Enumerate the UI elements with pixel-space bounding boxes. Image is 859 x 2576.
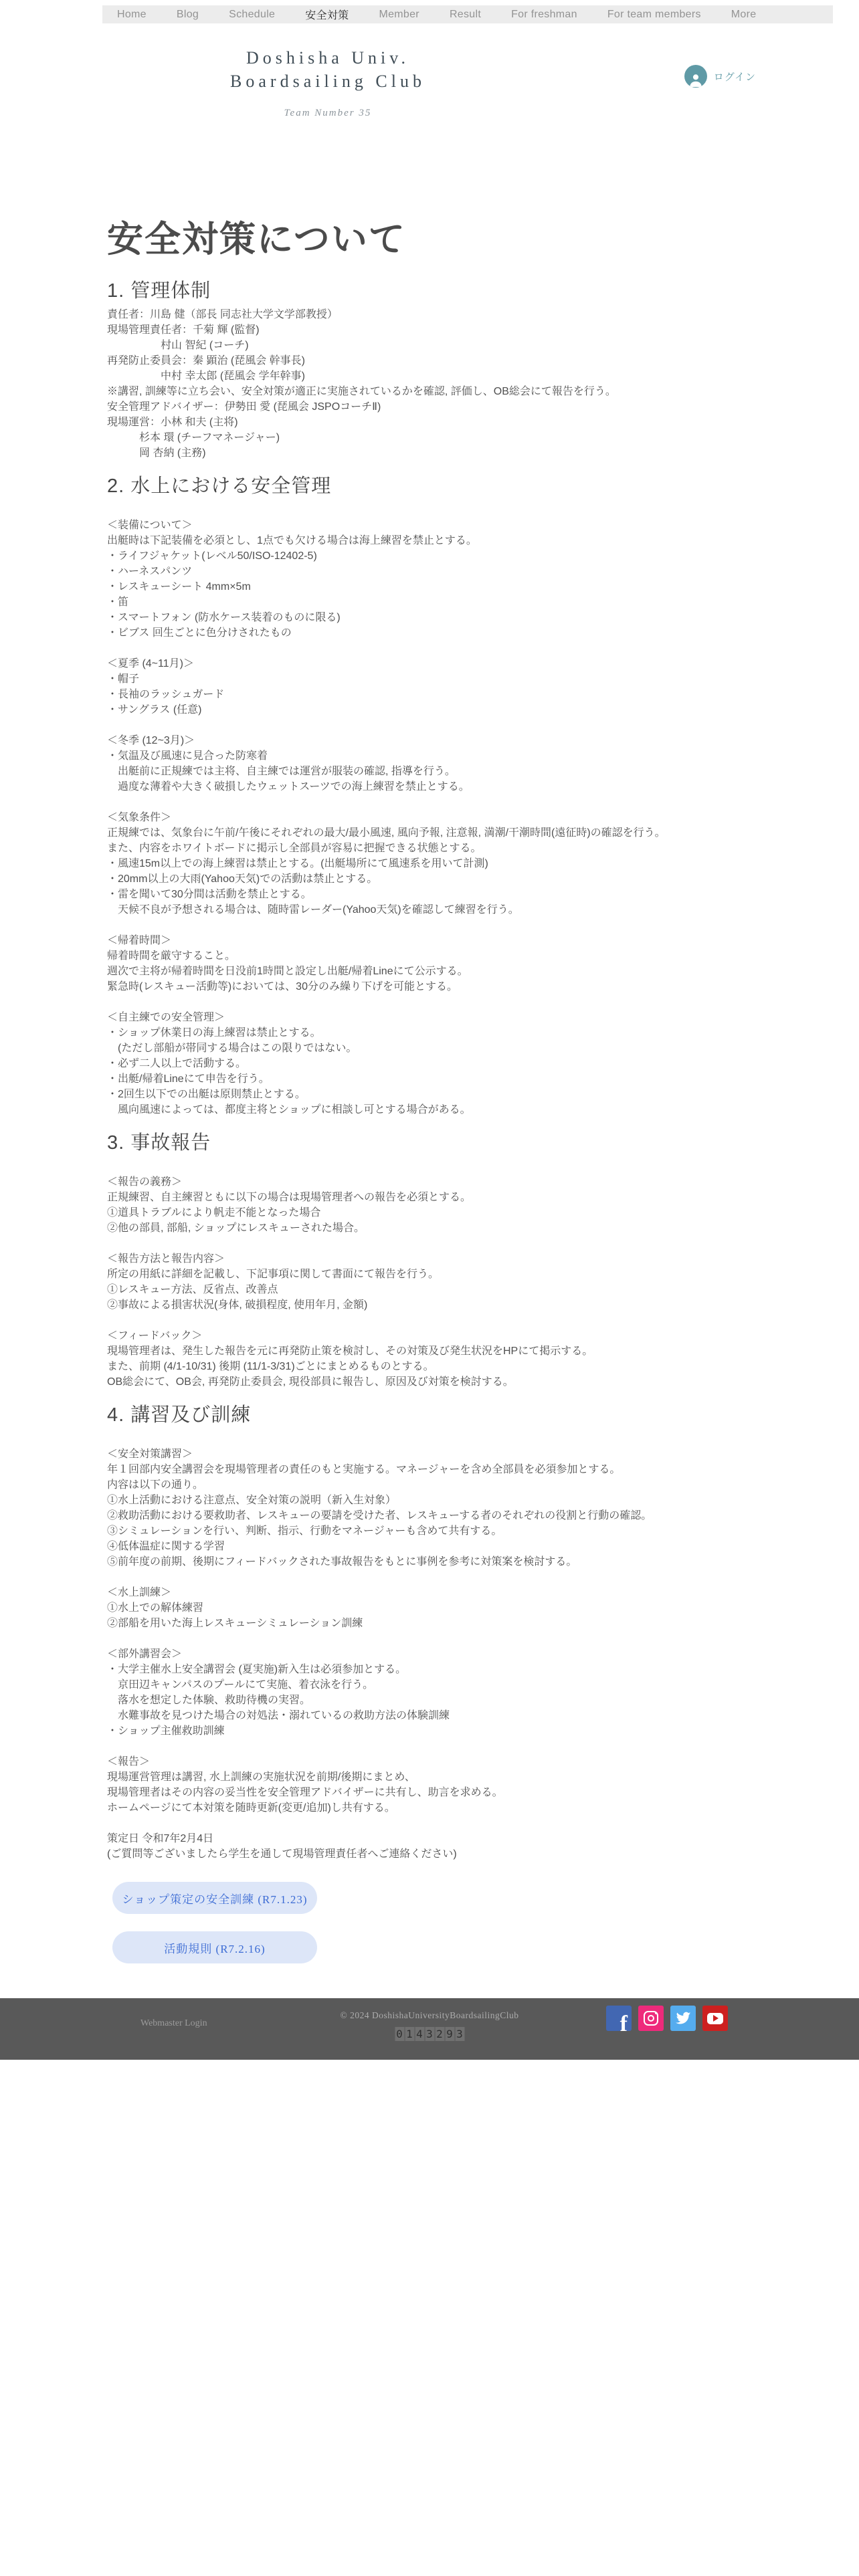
text-line: ・ライフジャケット(レベル50/ISO-12402-5) <box>107 548 779 564</box>
text-line: ・気温及び風速に見合った防寒着 <box>107 748 779 764</box>
text-line: ・ビブス 回生ごとに色分けされたもの <box>107 625 779 641</box>
blank-line <box>107 1313 779 1328</box>
login-button[interactable]: ログイン <box>684 65 756 88</box>
text-line: 現場管理者は、発生した報告を元に再発防止策を検討し、その対策及び発生状況をHPに… <box>107 1344 779 1359</box>
text-line: ・雷を聞いて30分間は活動を禁止とする。 <box>107 887 779 902</box>
section-heading-management: 1. 管理体制 <box>107 279 779 303</box>
blank-line <box>107 1236 779 1251</box>
text-line: 現場管理者はその内容の妥当性を安全管理アドバイザーに共有し、助言を求める。 <box>107 1785 779 1800</box>
section-on-water-safety: 2. 水上における安全管理 ＜装備について＞出艇時は下記装備を必須とし、1点でも… <box>107 474 779 1117</box>
nav-item-result[interactable]: Result <box>450 9 481 21</box>
text-line: ・笛 <box>107 595 779 610</box>
text-line: ・長袖のラッシュガード <box>107 687 779 702</box>
user-avatar-icon <box>684 65 707 88</box>
counter-digit: 3 <box>455 2027 464 2041</box>
text-line: 安全管理アドバイザー：伊勢田 愛 (琵風会 JSPOコーチⅡ) <box>107 399 779 415</box>
counter-digit: 3 <box>425 2027 434 2041</box>
instagram-lens <box>648 2015 654 2022</box>
text-line: ⑤前年度の前期、後期にフィードバックされた事故報告をもとに事例を参考に対策案を検… <box>107 1554 779 1570</box>
blank-line <box>107 994 779 1010</box>
text-line: 内容は以下の通り。 <box>107 1477 779 1493</box>
text-line: ＜気象条件＞ <box>107 810 779 825</box>
text-line: 岡 杏納 (主務) <box>107 445 779 461</box>
text-line: ＜部外講習会＞ <box>107 1646 779 1662</box>
document-buttons: ショップ策定の安全訓練 (R7.1.23)活動規則 (R7.2.16) <box>107 1882 779 1963</box>
footer: Webmaster Login © 2024 DoshishaUniversit… <box>0 1998 859 2060</box>
site-title[interactable]: Doshisha Univ. Boardsailing Club Team Nu… <box>107 46 549 119</box>
blank-line <box>107 794 779 810</box>
text-line: 出艇時は下記装備を必須とし、1点でも欠ける場合は海上練習を禁止とする。 <box>107 533 779 548</box>
text-line: 週次で主将が帰着時間を日没前1時間と設定し出艇/帰着Lineにて公示する。 <box>107 964 779 979</box>
text-line: 京田辺キャンパスのプールにて実施、着衣泳を行う。 <box>107 1677 779 1693</box>
copyright: © 2024 DoshishaUniversityBoardsailingClu… <box>341 2010 519 2021</box>
blank-line <box>107 718 779 733</box>
text-line: OB総会にて、OB会, 再発防止委員会, 現役部員に報告し、原因及び対策を検討す… <box>107 1374 779 1390</box>
text-line: 過度な薄着や大きく破損したウェットスーツでの海上練習を禁止とする。 <box>107 779 779 794</box>
counter-digit: 4 <box>415 2027 424 2041</box>
text-line: ＜報告方法と報告内容＞ <box>107 1251 779 1267</box>
webmaster-login-link[interactable]: Webmaster Login <box>140 2018 207 2029</box>
text-line: また、内容をホワイトボードに掲示し全部員が容易に把握できる状態とする。 <box>107 841 779 856</box>
blank-line <box>107 641 779 656</box>
text-line: 責任者：川島 健（部長 同志社大学文学部教授） <box>107 307 779 322</box>
text-line: 杉本 環 (チーフマネージャー) <box>107 430 779 445</box>
text-line: 正規練では、気象台に午前/午後にそれぞれの最大/最小風速, 風向予報, 注意報,… <box>107 825 779 841</box>
text-line: ＜フィードバック＞ <box>107 1328 779 1344</box>
activity-rules-button[interactable]: 活動規則 (R7.2.16) <box>112 1931 317 1963</box>
text-line: 落水を想定した体験、救助待機の実習。 <box>107 1693 779 1708</box>
instagram-dot <box>655 2012 657 2014</box>
blank-line <box>107 1816 779 1831</box>
text-line: (ただし部船が帯同する場合はこの限りではない。 <box>107 1041 779 1056</box>
text-line: ①レスキュー方法、反省点、改善点 <box>107 1282 779 1297</box>
nav-item-member[interactable]: Member <box>379 9 419 21</box>
bottom-whitespace <box>0 2060 859 2531</box>
text-line: 緊急時(レスキュー活動等)においては、30分のみ繰り下げを可能とする。 <box>107 979 779 994</box>
text-line: ＜報告の義務＞ <box>107 1174 779 1190</box>
counter-digit: 2 <box>435 2027 444 2041</box>
text-line: ＜装備について＞ <box>107 518 779 533</box>
text-line: 策定日 令和7年2月4日 <box>107 1831 779 1846</box>
text-line: ＜水上訓練＞ <box>107 1585 779 1600</box>
section-heading-training: 4. 講習及び訓練 <box>107 1403 779 1427</box>
text-line: ・2回生以下での出艇は原則禁止とする。 <box>107 1087 779 1102</box>
page-title: 安全対策について <box>107 219 779 260</box>
text-line: ①水上活動における注意点、安全対策の説明（新入生対象） <box>107 1493 779 1508</box>
text-line: ＜安全対策講習＞ <box>107 1446 779 1462</box>
text-line: ・ショップ主催救助訓練 <box>107 1723 779 1739</box>
text-line: ホームページにて本対策を随時更新(変更/追加)し共有する。 <box>107 1800 779 1816</box>
text-line: 風向風速によっては、都度主将とショップに相談し可とする場合がある。 <box>107 1102 779 1117</box>
blank-line <box>107 1431 779 1446</box>
text-line: 所定の用紙に詳細を記載し、下記事項に関して書面にて報告を行う。 <box>107 1267 779 1282</box>
text-line: ・必ず二人以上で活動する。 <box>107 1056 779 1071</box>
text-line: ・出艇/帰着Lineにて申告を行う。 <box>107 1071 779 1087</box>
section-management: 1. 管理体制責任者：川島 健（部長 同志社大学文学部教授）現場管理責任者：千菊… <box>107 279 779 461</box>
text-line: ・20mm以上の大雨(Yahoo天気)での活動は禁止とする。 <box>107 871 779 887</box>
text-line: ・スマートフォン (防水ケース装着のものに限る) <box>107 610 779 625</box>
twitter-bird-glyph <box>675 2010 691 2026</box>
nav-item-for-team-members[interactable]: For team members <box>607 9 701 21</box>
site-title-line2: Boardsailing Club <box>107 70 549 93</box>
facebook-icon[interactable]: f <box>606 2006 632 2031</box>
blank-line <box>107 1570 779 1585</box>
section-heading-accident-report: 3. 事故報告 <box>107 1131 779 1155</box>
text-line: ＜夏季 (4~11月)＞ <box>107 656 779 671</box>
site-title-line1: Doshisha Univ. <box>107 46 549 70</box>
text-line: (ご質問等ございましたら学生を通して現場管理責任者へご連絡ください) <box>107 1846 779 1862</box>
nav-item-schedule[interactable]: Schedule <box>229 9 275 21</box>
text-line: ②部船を用いた海上レスキューシミュレーション訓練 <box>107 1616 779 1631</box>
instagram-icon[interactable] <box>638 2006 664 2031</box>
sections-container: 1. 管理体制責任者：川島 健（部長 同志社大学文学部教授）現場管理責任者：千菊… <box>107 279 779 1862</box>
text-line: 現場運営：小林 和夫 (主将) <box>107 415 779 430</box>
blank-line <box>107 918 779 933</box>
nav-item-blog[interactable]: Blog <box>177 9 199 21</box>
nav-item-more[interactable]: More <box>731 9 757 21</box>
text-line: ②事故による損害状況(身体, 破損程度, 使用年月, 金額) <box>107 1297 779 1313</box>
text-line: 中村 幸太郎 (琵風会 学年幹事) <box>107 368 779 384</box>
text-line: 現場運営管理は講習, 水上訓練の実施状況を前期/後期にまとめ、 <box>107 1769 779 1785</box>
main-content: 安全対策について 1. 管理体制責任者：川島 健（部長 同志社大学文学部教授）現… <box>0 219 859 1963</box>
login-label: ログイン <box>714 70 756 84</box>
text-line: ②他の部員, 部船, ショップにレスキューされた場合。 <box>107 1220 779 1236</box>
text-line: ②救助活動における要救助者、レスキューの要請を受けた者、レスキューする者のそれぞ… <box>107 1508 779 1523</box>
text-line: ①道具トラブルにより帆走不能となった場合 <box>107 1205 779 1220</box>
top-nav: HomeBlogSchedule安全対策MemberResultFor fres… <box>102 5 833 23</box>
youtube-lens <box>707 2013 723 2024</box>
twitter-icon[interactable] <box>670 2006 696 2031</box>
text-line: ④低体温症に関する学習 <box>107 1539 779 1554</box>
nav-item-safety[interactable]: 安全対策 <box>305 7 349 22</box>
shop-safety-training-button[interactable]: ショップ策定の安全訓練 (R7.1.23) <box>112 1882 317 1914</box>
footer-center: © 2024 DoshishaUniversityBoardsailingClu… <box>341 2010 519 2041</box>
counter-digit: 1 <box>405 2027 414 2041</box>
section-heading-on-water-safety: 2. 水上における安全管理 <box>107 474 779 498</box>
text-line: 現場管理責任者：千菊 輝 (監督) <box>107 322 779 338</box>
text-line: 再発防止委員会：秦 顕治 (琵風会 幹事長) <box>107 353 779 368</box>
text-line: ・帽子 <box>107 671 779 687</box>
team-number: Team Number 35 <box>107 108 549 119</box>
text-line: ＜自主練での安全管理＞ <box>107 1010 779 1025</box>
text-line: ※講習, 訓練等に立ち会い、安全対策が適正に実施されているかを確認, 評価し、O… <box>107 384 779 399</box>
facebook-f-glyph: f <box>620 2013 628 2031</box>
text-line: ・風速15m以上での海上練習は禁止とする。(出艇場所にて風速系を用いて計測) <box>107 856 779 871</box>
text-line: 出艇前に正規練では主将、自主練では運営が服装の確認, 指導を行う。 <box>107 764 779 779</box>
blank-line <box>107 1159 779 1174</box>
text-line: ・サングラス (任意) <box>107 702 779 718</box>
counter-digit: 9 <box>445 2027 454 2041</box>
blank-line <box>107 1739 779 1754</box>
section-accident-report: 3. 事故報告 ＜報告の義務＞正規練習、自主練習ともに以下の場合は現場管理者への… <box>107 1131 779 1390</box>
text-line: また、前期 (4/1-10/31) 後期 (11/1-3/31)ごとにまとめるも… <box>107 1359 779 1374</box>
blank-line <box>107 502 779 518</box>
text-line: 年１回部内安全講習会を現場管理者の責任のもと実施する。マネージャーを含め全部員を… <box>107 1462 779 1477</box>
counter-digit: 0 <box>395 2027 404 2041</box>
text-line: 帰着時間を厳守すること。 <box>107 948 779 964</box>
youtube-play-glyph <box>713 2015 719 2022</box>
social-links: f <box>606 2006 728 2031</box>
youtube-icon[interactable] <box>702 2006 728 2031</box>
visitor-counter: 0143293 <box>341 2027 519 2041</box>
text-line: 正規練習、自主練習ともに以下の場合は現場管理者への報告を必須とする。 <box>107 1190 779 1205</box>
site-header: Doshisha Univ. Boardsailing Club Team Nu… <box>0 23 859 130</box>
text-line: 村山 智紀 (コーチ) <box>107 338 779 353</box>
text-line: ③シミュレーションを行い、判断、指示、行動をマネージャーも含めて共有する。 <box>107 1523 779 1539</box>
text-line: ・ハーネスパンツ <box>107 564 779 579</box>
text-line: ・大学主催水上安全講習会 (夏実施)新入生は必須参加とする。 <box>107 1662 779 1677</box>
text-line: 水難事故を見つけた場合の対処法・溺れているの救助方法の体験訓練 <box>107 1708 779 1723</box>
text-line: 天候不良が予想される場合は、随時雷レーダー(Yahoo天気)を確認して練習を行う… <box>107 902 779 918</box>
blank-line <box>107 1631 779 1646</box>
nav-item-home[interactable]: Home <box>117 9 147 21</box>
text-line: ＜帰着時間＞ <box>107 933 779 948</box>
text-line: ＜冬季 (12~3月)＞ <box>107 733 779 748</box>
text-line: ・レスキューシート 4mm×5m <box>107 579 779 595</box>
nav-item-for-freshman[interactable]: For freshman <box>511 9 577 21</box>
text-line: ＜報告＞ <box>107 1754 779 1769</box>
text-line: ①水上での解体練習 <box>107 1600 779 1616</box>
text-line: ・ショップ休業日の海上練習は禁止とする。 <box>107 1025 779 1041</box>
section-training: 4. 講習及び訓練 ＜安全対策講習＞年１回部内安全講習会を現場管理者の責任のもと… <box>107 1403 779 1862</box>
